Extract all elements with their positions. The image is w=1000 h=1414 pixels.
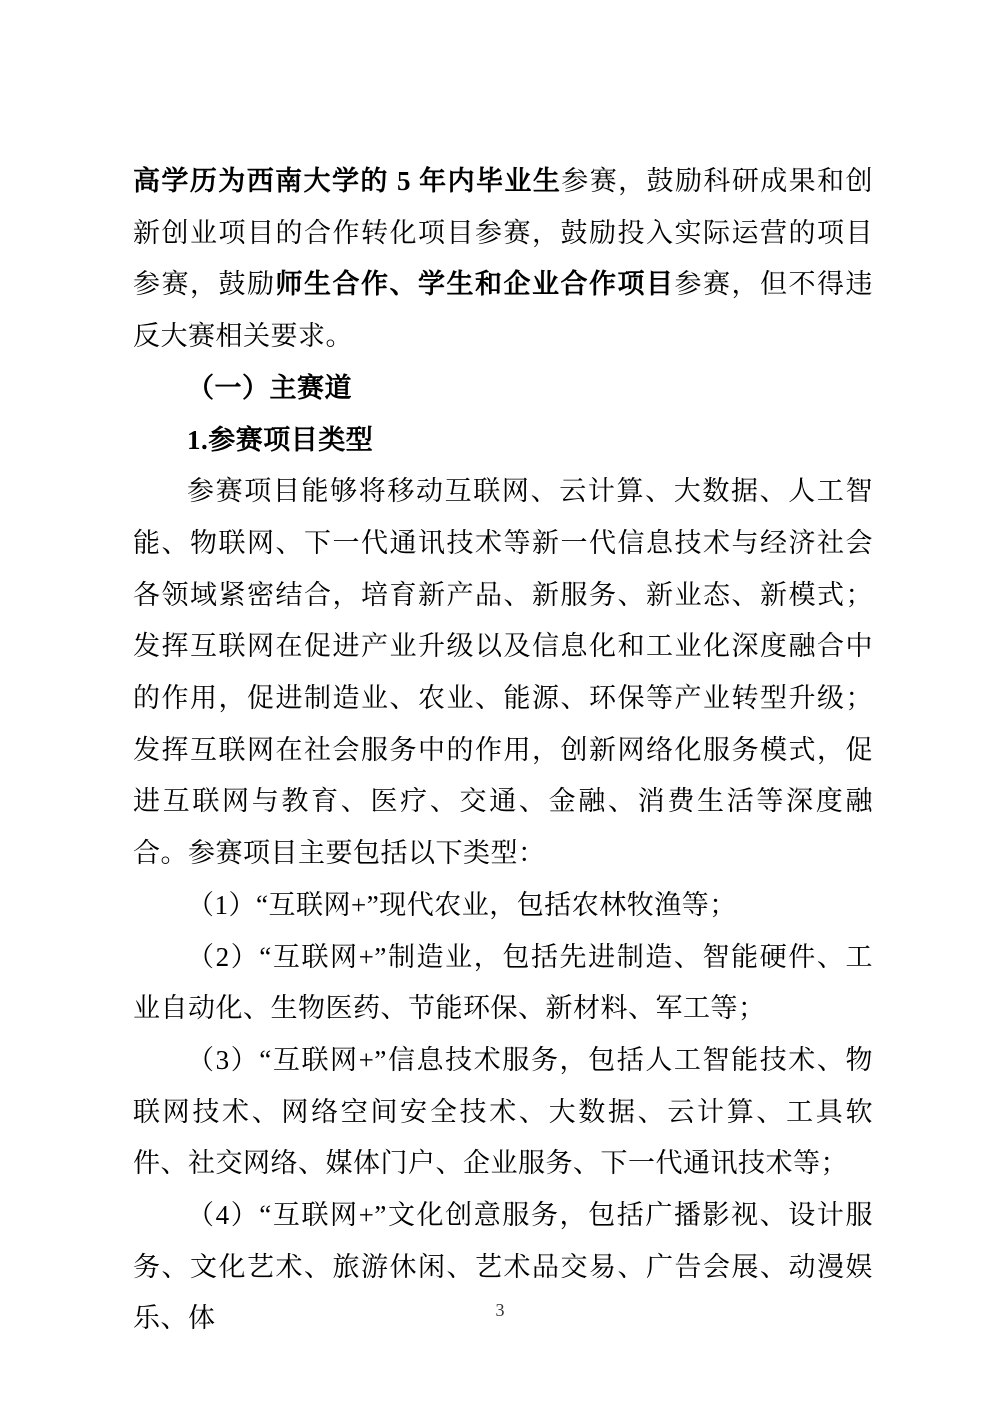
heading-project-types: 1.参赛项目类型 [133, 415, 873, 467]
paragraph-continuation: 高学历为西南大学的 5 年内毕业生参赛，鼓励科研成果和创新创业项目的合作转化项目… [133, 156, 873, 363]
document-content: 高学历为西南大学的 5 年内毕业生参赛，鼓励科研成果和创新创业项目的合作转化项目… [133, 156, 873, 1345]
intro-bold-graduates: 高学历为西南大学的 5 年内毕业生 [133, 166, 561, 196]
list-item-manufacturing: （2）“互联网+”制造业，包括先进制造、智能硬件、工业自动化、生物医药、节能环保… [133, 932, 873, 1035]
page-number: 3 [0, 1298, 1000, 1322]
heading-main-track: （一）主赛道 [133, 363, 873, 415]
document-page: 高学历为西南大学的 5 年内毕业生参赛，鼓励科研成果和创新创业项目的合作转化项目… [0, 0, 1000, 1414]
list-item-it-services: （3）“互联网+”信息技术服务，包括人工智能技术、物联网技术、网络空间安全技术、… [133, 1035, 873, 1190]
intro-bold-cooperation: 师生合作、学生和企业合作项目 [276, 269, 675, 299]
list-item-agriculture: （1）“互联网+”现代农业，包括农林牧渔等； [133, 880, 873, 932]
paragraph-project-overview: 参赛项目能够将移动互联网、云计算、大数据、人工智能、物联网、下一代通讯技术等新一… [133, 466, 873, 880]
